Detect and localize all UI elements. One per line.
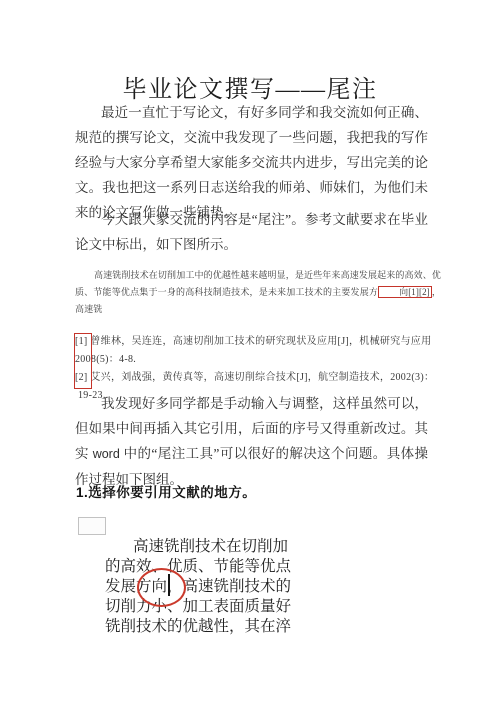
citation-figure-body: 高速铣削技术在切削加工中的优越性越来越明显，是近些年来高速发展起来的高效、优质、… — [75, 267, 441, 318]
reference-1-line-1: [1] 曾维林，吴连连，高速切削加工技术的研究现状及应用[J]，机械研究与应用 — [75, 333, 441, 351]
word-figure-line-5: 铣削技术的优越性，其在淬 — [78, 617, 308, 637]
reference-1-line-2: 2008(5)：4-8. — [75, 351, 441, 369]
word-figure-line-2: 的高效、优质、节能等优点 — [78, 557, 308, 577]
toolbar-fragment-box — [78, 517, 106, 535]
step-1-heading: 1.选择你要引用文献的地方。 — [76, 481, 256, 501]
word-figure-text: 高速铣削技术在切削加 的高效、优质、节能等优点 发展方向，高速铣削技术的 切削力… — [78, 537, 308, 637]
word-figure-line-3: 发展方向，高速铣削技术的 — [78, 577, 308, 597]
page-title: 毕业论文撰写——尾注 — [0, 69, 500, 104]
document-page: 毕业论文撰写——尾注 最近一直忙于写论文，有好多同学和我交流如何正确、规范的撰写… — [0, 0, 500, 708]
red-circle-annotation — [137, 568, 186, 607]
advice-paragraph: 我发现好多同学都是手动输入与调整，这样虽然可以，但如果中间再插入其它引用，后面的… — [75, 391, 428, 492]
word-figure-line3-after: ，高速铣削技术的 — [167, 578, 291, 595]
word-figure-line-4: 切削力小、加工表面质量好 — [78, 597, 308, 617]
citation-marker-red-box: 向[1][2] — [378, 286, 432, 298]
word-figure-line-1: 高速铣削技术在切削加 — [78, 537, 308, 557]
citation-example-figure: 高速铣削技术在切削加工中的优越性越来越明显，是近些年来高速发展起来的高效、优质、… — [75, 267, 441, 405]
word-document-figure: 高速铣削技术在切削加 的高效、优质、节能等优点 发展方向，高速铣削技术的 切削力… — [78, 513, 308, 637]
circled-character-anchor: 向 — [152, 577, 168, 597]
word-app-name: word — [93, 447, 120, 461]
reference-2-line-1: [2] 艾兴，刘战强，黄传真等，高速切削综合技术[J]，航空制造技术，2002(… — [75, 369, 441, 387]
topic-paragraph: 今天跟大家交流的内容是“尾注”。参考文献要求在毕业论文中标出，如下图所示。 — [75, 207, 428, 257]
